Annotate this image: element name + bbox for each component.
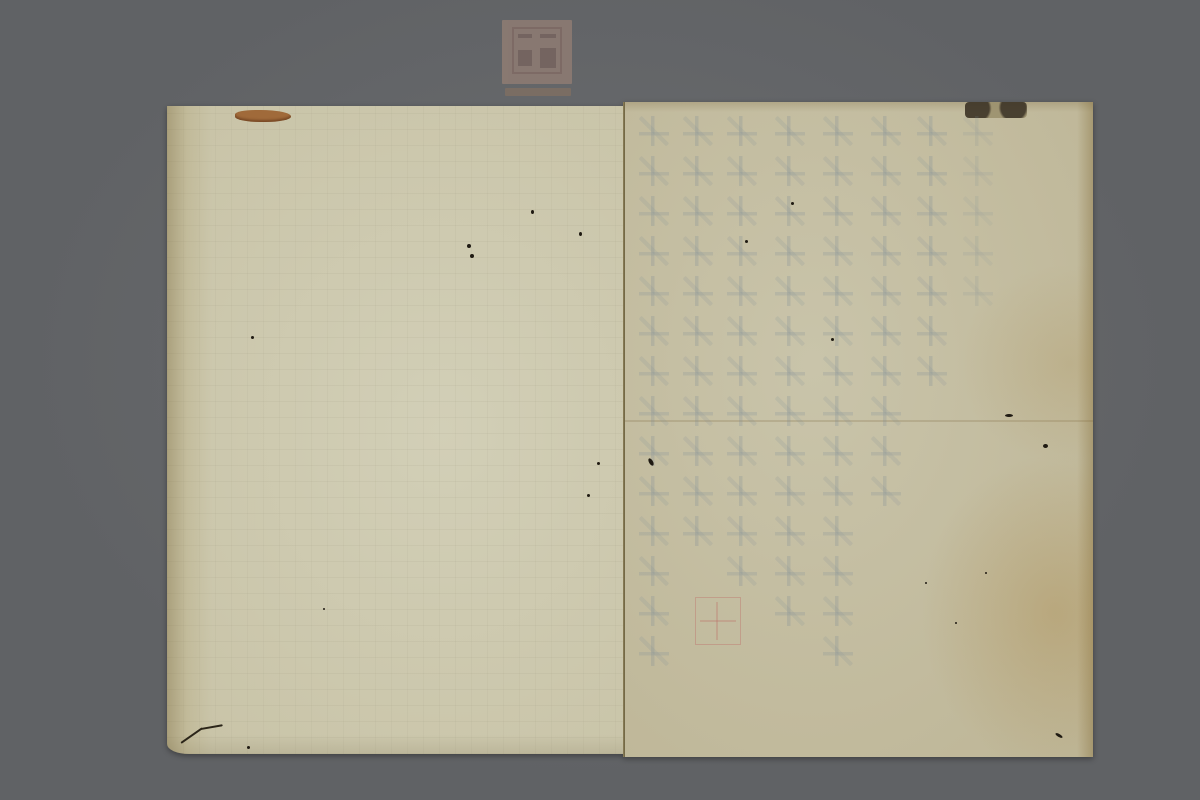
ink-speck <box>745 240 748 243</box>
corner-damage <box>201 724 223 730</box>
seal-glyph-stroke <box>540 34 556 38</box>
corner-damage <box>180 727 202 744</box>
ink-speck <box>955 622 957 624</box>
seal-glyph-stroke <box>518 50 532 66</box>
right-page <box>625 102 1093 757</box>
seal-glyph-stroke <box>540 48 556 68</box>
ink-speck <box>470 254 474 258</box>
bleed-through-column <box>823 116 857 666</box>
top-left-tear <box>235 110 291 122</box>
ink-speck <box>925 582 927 584</box>
ink-speck <box>791 202 794 205</box>
ink-speck <box>985 572 987 574</box>
seal-glyph-stroke <box>518 34 532 38</box>
open-book <box>167 102 1093 757</box>
bleed-through-column <box>917 116 951 386</box>
ink-speck <box>247 746 250 749</box>
ink-speck <box>251 336 254 339</box>
bleed-through-column <box>775 116 809 626</box>
ink-speck <box>323 608 325 610</box>
left-page <box>167 106 625 754</box>
ink-speck <box>1005 414 1013 417</box>
bleed-through-column <box>683 116 717 546</box>
bleed-through-column <box>871 116 905 506</box>
ink-speck <box>467 244 471 248</box>
red-seal-stamp <box>695 597 741 645</box>
ink-speck <box>831 338 834 341</box>
ink-speck <box>531 210 534 214</box>
ink-speck <box>1043 444 1048 448</box>
bleed-through-column <box>963 116 997 306</box>
ink-speck <box>579 232 582 236</box>
bleed-through-column <box>727 116 761 586</box>
ink-speck <box>1055 732 1063 739</box>
collection-seal-top <box>502 20 572 84</box>
photo-background: Open antique bound manuscript photograph… <box>0 0 1200 800</box>
ink-speck <box>597 462 600 465</box>
image-caption: Open antique bound manuscript photograph… <box>0 0 1 1</box>
ink-speck <box>587 494 590 497</box>
seal-caption-strip <box>505 88 571 96</box>
bleed-through-column <box>639 116 673 666</box>
